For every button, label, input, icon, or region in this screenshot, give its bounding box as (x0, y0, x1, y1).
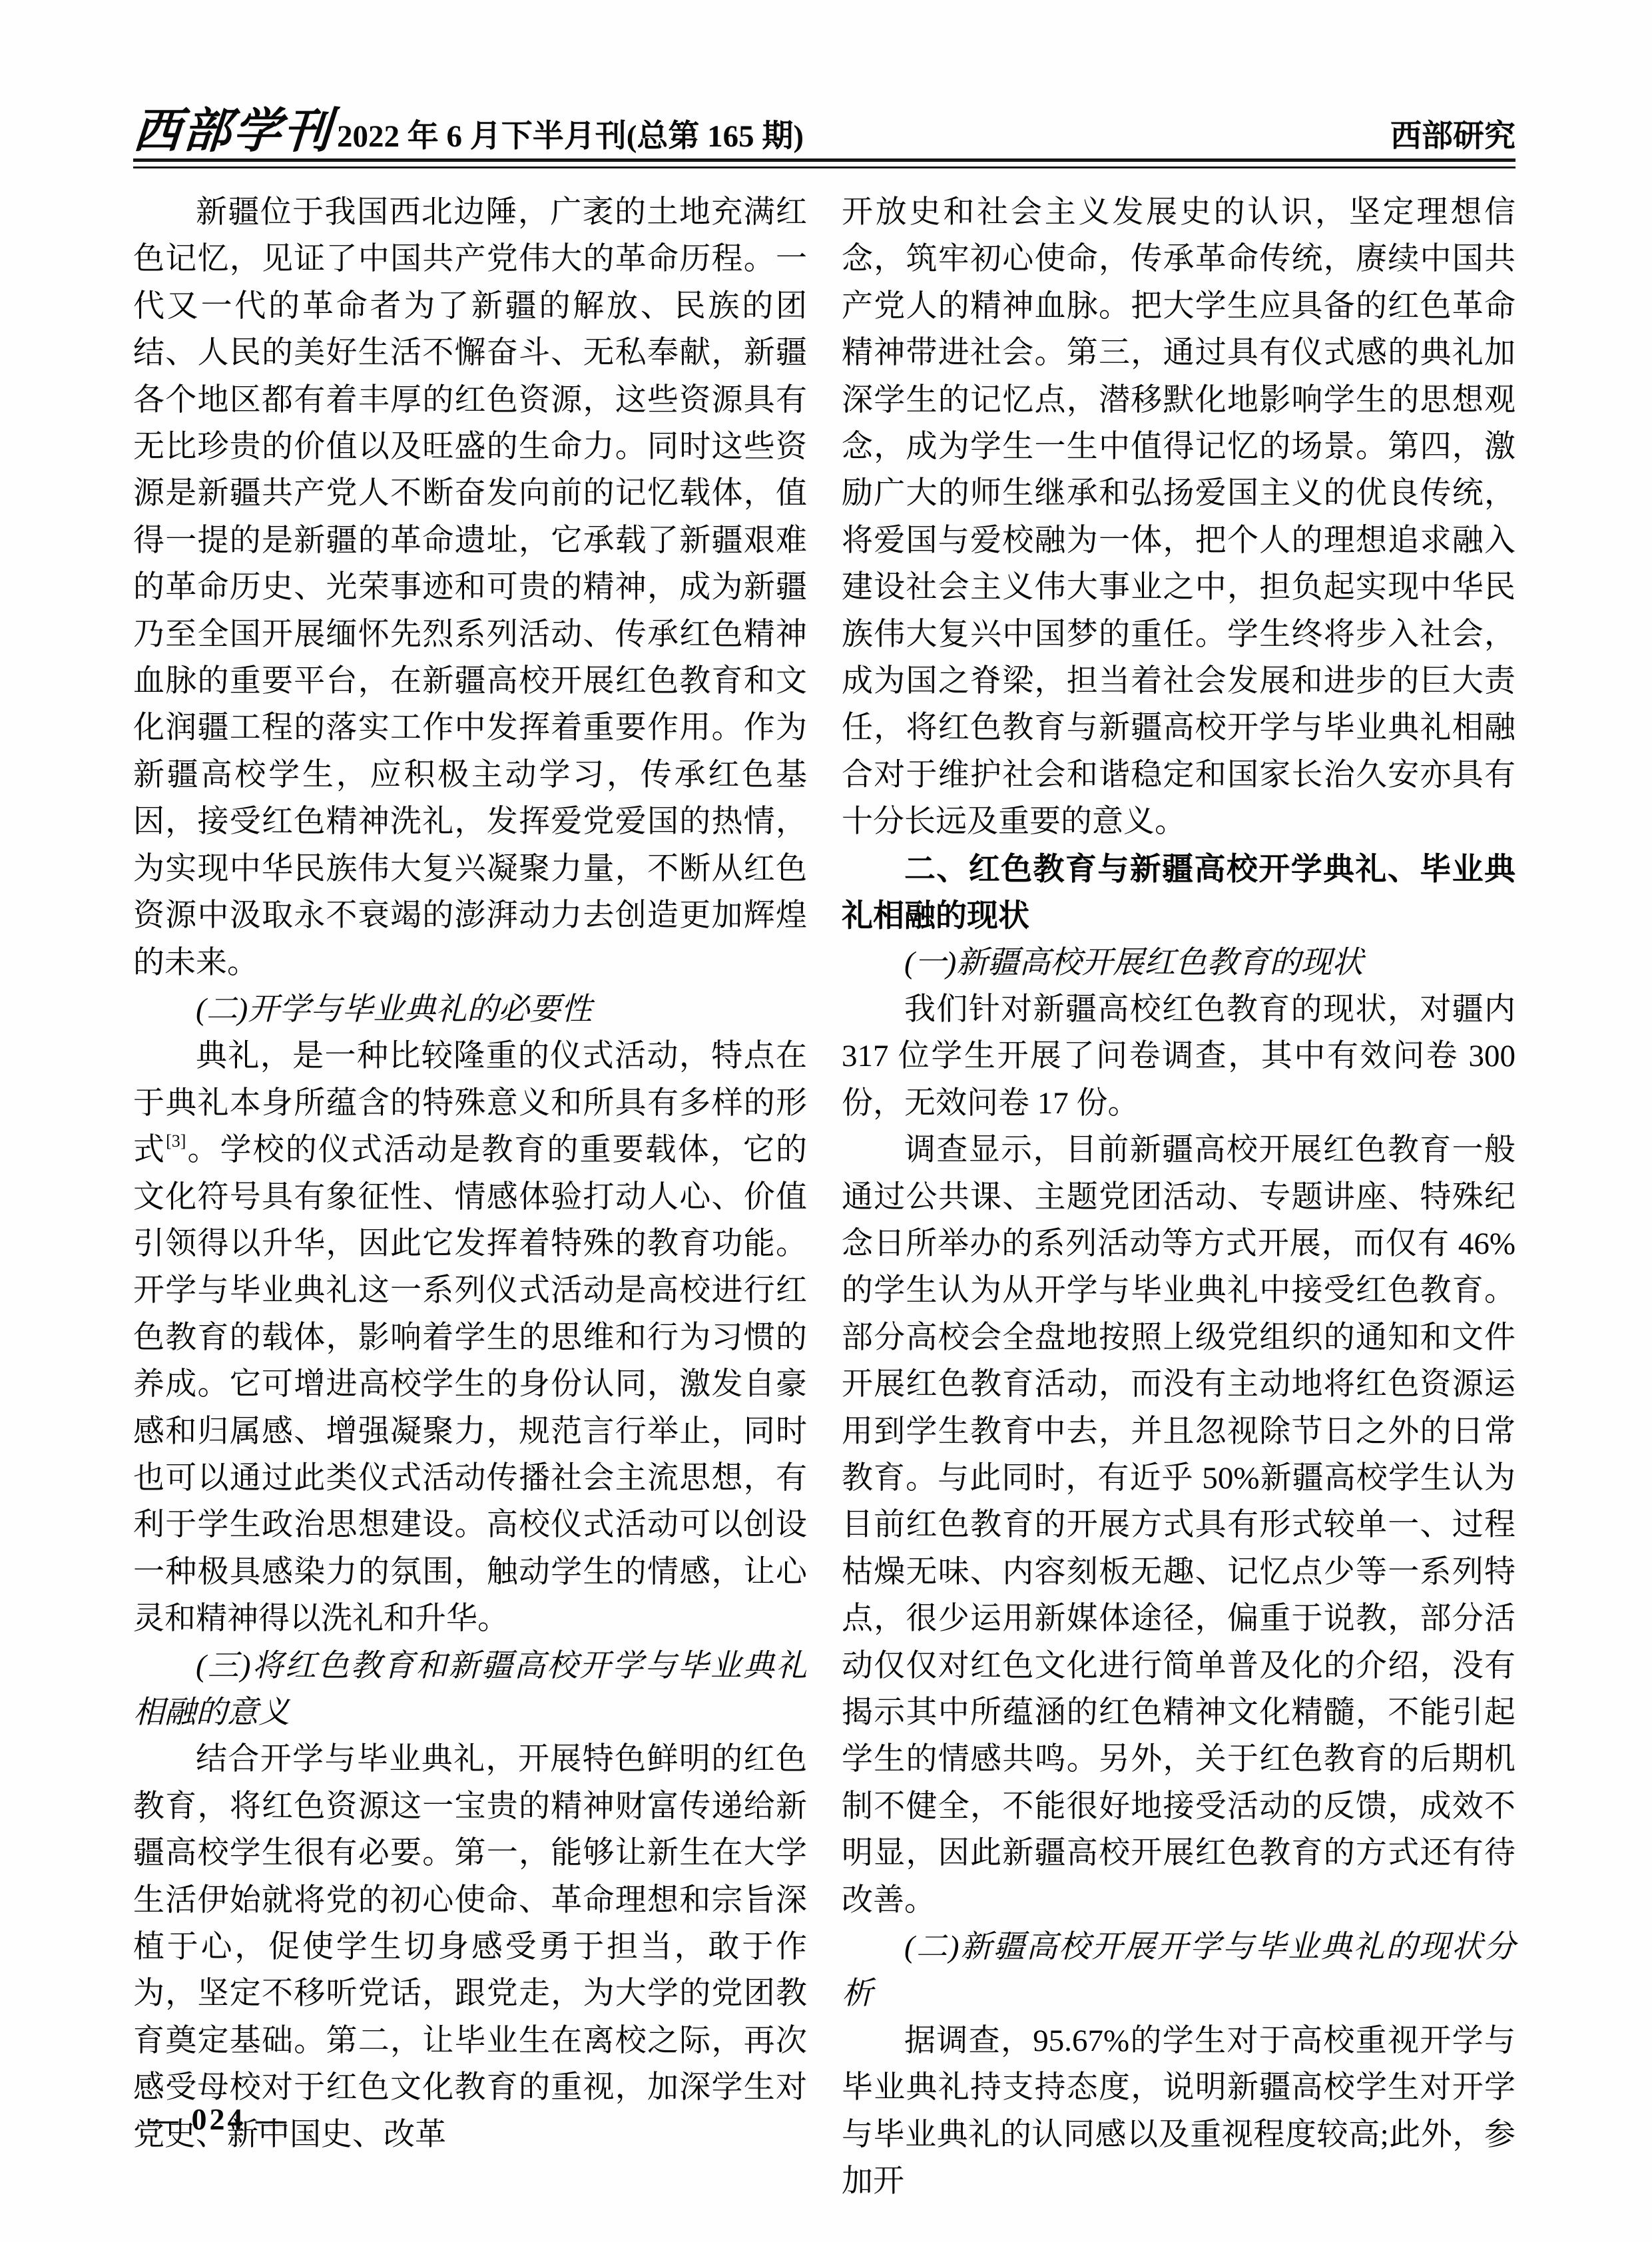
journal-page: 西部学刊 2022 年 6 月下半月刊(总第 165 期) 西部研究 新疆位于我… (0, 0, 1652, 2242)
subheading-red-education-status: (一)新疆高校开展红色教育的现状 (842, 940, 1515, 986)
subheading-necessity: (二)开学与毕业典礼的必要性 (133, 986, 807, 1033)
header-double-rule (133, 158, 1515, 168)
right-column: 开放史和社会主义发展史的认识，坚定理想信念，筑牢初心使命，传承革命传统，赓续中国… (842, 189, 1515, 2205)
paragraph-survey-results: 调查显示，目前新疆高校开展红色教育一般通过公共课、主题党团活动、专题讲座、特殊纪… (842, 1127, 1515, 1924)
paragraph-intro: 新疆位于我国西北边陲，广袤的土地充满红色记忆，见证了中国共产党伟大的革命历程。一… (133, 189, 807, 986)
section-heading-2: 二、红色教育与新疆高校开学典礼、毕业典礼相融的现状 (842, 846, 1515, 940)
paragraph-ceremony-rest: 。学校的仪式活动是教育的重要载体，它的文化符号具有象征性、情感体验打动人心、价值… (133, 1133, 807, 1636)
page-header: 西部学刊 2022 年 6 月下半月刊(总第 165 期) 西部研究 (133, 100, 1515, 154)
journal-logo: 西部学刊 (131, 107, 334, 154)
paragraph-ceremony-survey: 据调查，95.67%的学生对于高校重视开学与毕业典礼持支持态度，说明新疆高校学生… (842, 2018, 1515, 2205)
subheading-ceremony-status: (二)新疆高校开展开学与毕业典礼的现状分析 (842, 1924, 1515, 2018)
paragraph-significance: 结合开学与毕业典礼，开展特色鲜明的红色教育，将红色资源这一宝贵的精神财富传递给新… (133, 1736, 807, 2158)
paragraph-ceremony: 典礼，是一种比较隆重的仪式活动，特点在于典礼本身所蕴含的特殊意义和所具有多样的形… (133, 1033, 807, 1642)
paragraph-survey: 我们针对新疆高校红色教育的现状，对疆内 317 位学生开展了问卷调查，其中有效问… (842, 986, 1515, 1127)
subheading-significance: (三)将红色教育和新疆高校开学与毕业典礼相融的意义 (133, 1643, 807, 1737)
page-number: — 024 — (148, 2102, 289, 2137)
issue-info: 2022 年 6 月下半月刊(总第 165 期) (337, 121, 804, 154)
paragraph-significance-continued: 开放史和社会主义发展史的认识，坚定理想信念，筑牢初心使命，传承革命传统，赓续中国… (842, 189, 1515, 846)
left-column: 新疆位于我国西北边陲，广袤的土地充满红色记忆，见证了中国共产党伟大的革命历程。一… (133, 189, 807, 2205)
section-label: 西部研究 (1390, 121, 1515, 154)
citation-3: [3] (166, 1131, 186, 1151)
article-body: 新疆位于我国西北边陲，广袤的土地充满红色记忆，见证了中国共产党伟大的革命历程。一… (133, 189, 1515, 2205)
